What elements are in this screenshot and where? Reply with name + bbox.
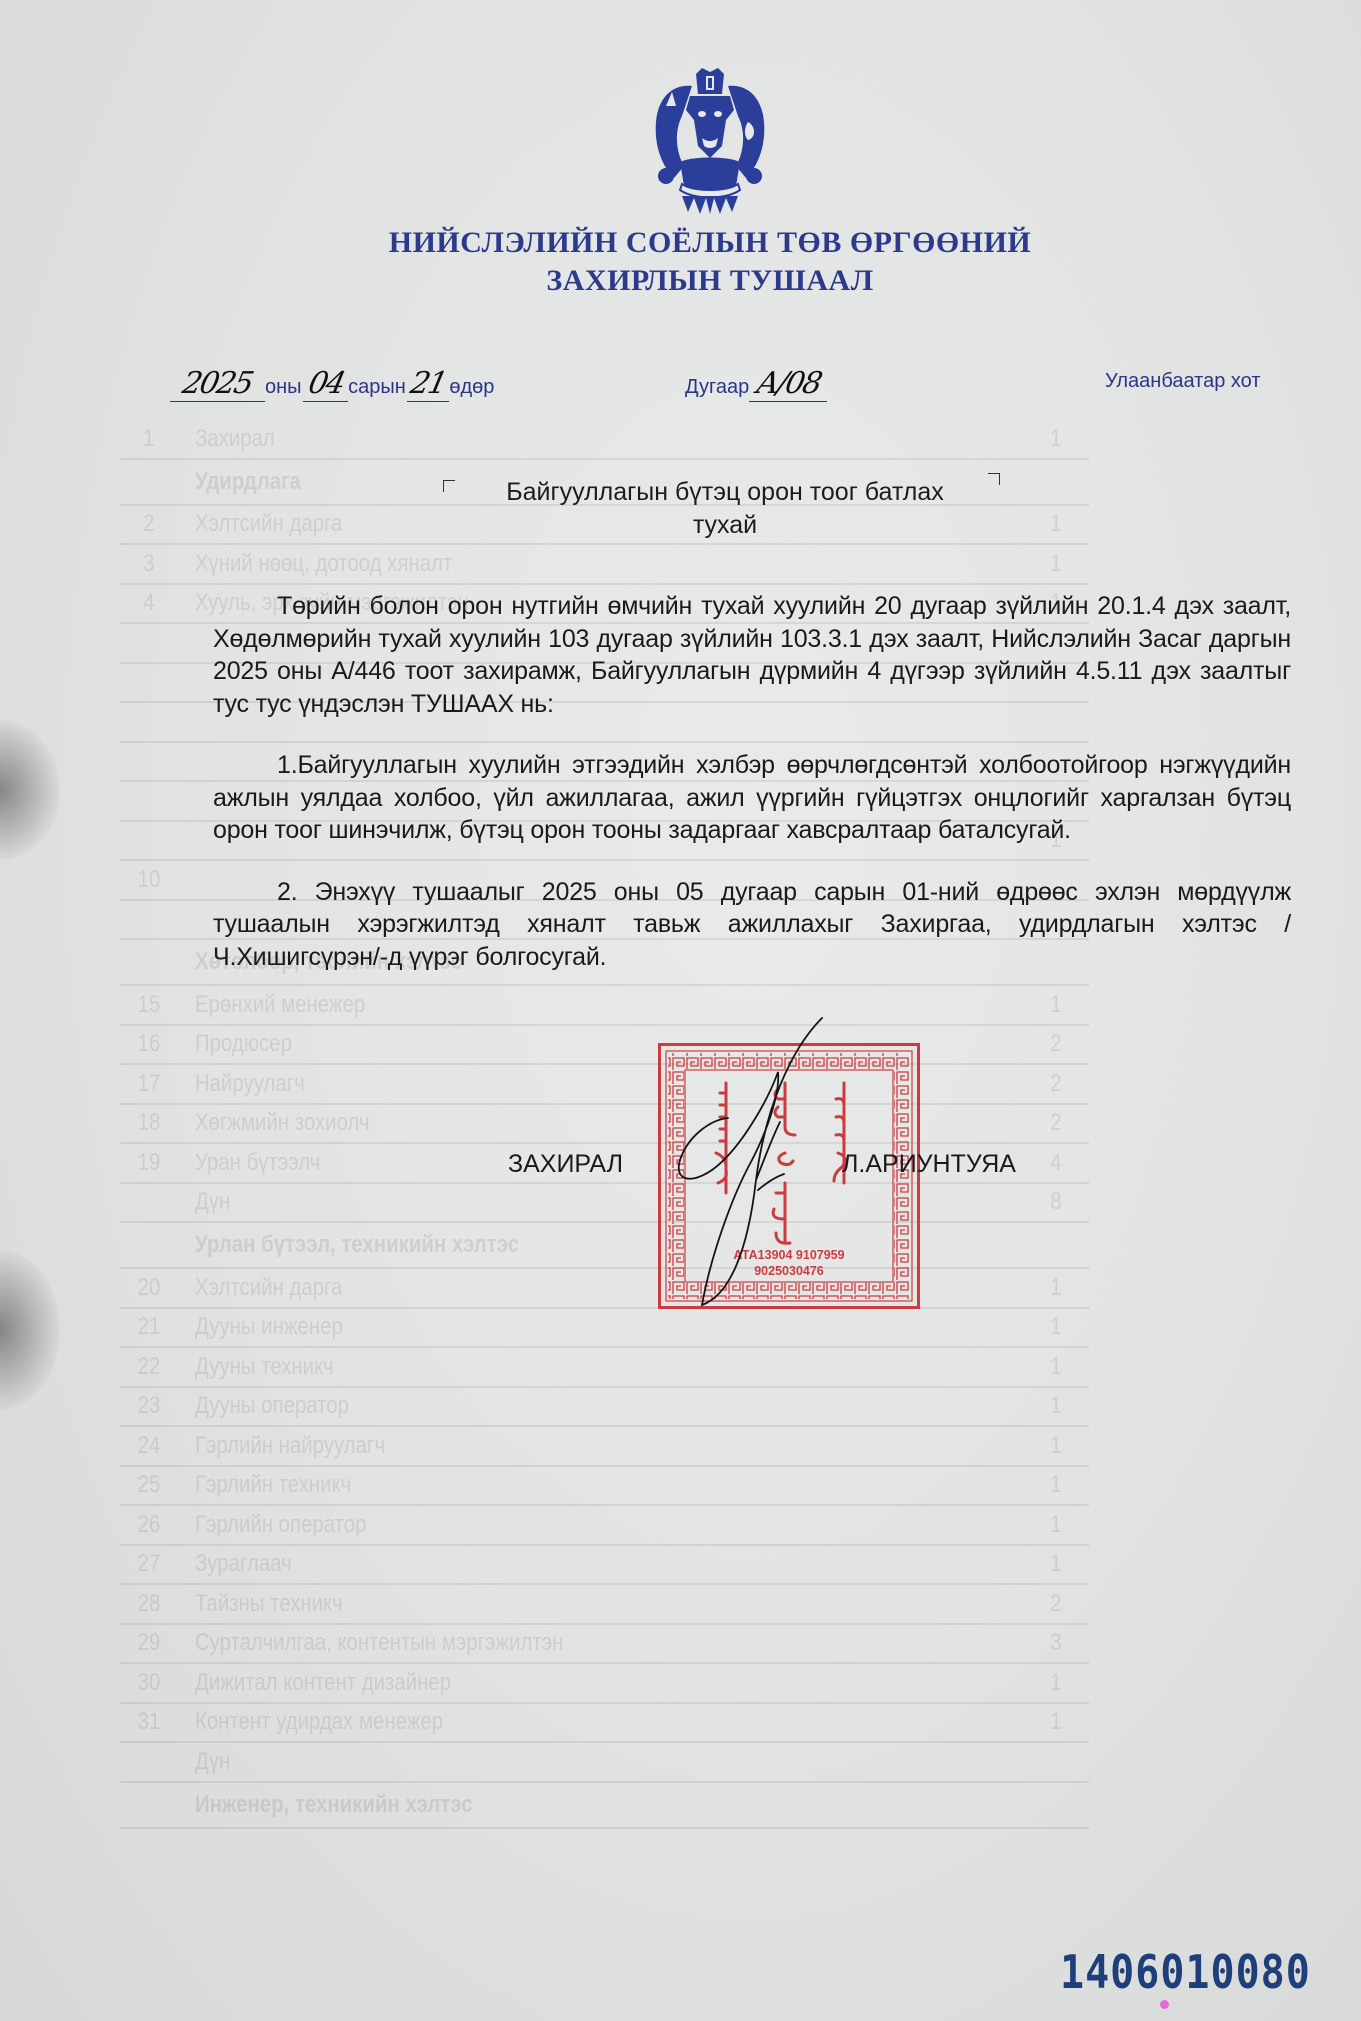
day-field: 21 xyxy=(407,366,449,402)
bleed-through-row: 31Контент удирдах менежер1 xyxy=(120,1704,1089,1744)
city-label: Улаанбаатар хот xyxy=(1105,370,1261,410)
year-field: 2025 xyxy=(170,366,265,402)
year-suffix: оны xyxy=(265,376,302,398)
bleed-through-row: 16Продюсер2 xyxy=(120,1026,1089,1066)
finger-shadow xyxy=(0,1250,60,1410)
bleed-through-row: 20Хэлтсийн дарга1 xyxy=(120,1269,1089,1309)
organization-title-line-2: ЗАХИРЛЫН ТУШААЛ xyxy=(0,264,1361,298)
bleed-through-row: 3Хүний нөөц, дотоод хяналт1 xyxy=(120,545,1089,585)
bleed-through-row: 18Хөгжмийн зохиолч2 xyxy=(120,1105,1089,1145)
number-label: Дугаар xyxy=(685,376,749,398)
bleed-through-row: 26Гэрлийн оператор1 xyxy=(120,1506,1089,1546)
bleed-through-row: 1Захирал1 xyxy=(120,420,1089,460)
preamble-paragraph: Төрийн болон орон нутгийн өмчийн тухай х… xyxy=(213,590,1291,720)
date-line: 2025оны 04сарын 21өдөр xyxy=(170,366,494,406)
subject-line-2: тухай xyxy=(420,509,1030,542)
bleed-through-row: 23Дууны оператор1 xyxy=(120,1388,1089,1428)
month-suffix: сарын xyxy=(348,376,406,398)
bleed-through-row: 30Дижитал контент дизайнер1 xyxy=(120,1664,1089,1704)
bleed-through-row: 21Дууны инженер1 xyxy=(120,1309,1089,1349)
pink-dot-mark xyxy=(1160,2000,1169,2009)
order-body: Төрийн болон орон нутгийн өмчийн тухай х… xyxy=(213,590,1291,973)
month-field: 04 xyxy=(303,366,348,402)
bleed-through-row: 27Зураглаач1 xyxy=(120,1546,1089,1586)
bleed-through-row: Урлан бүтээл, техникийн хэлтэс xyxy=(120,1223,1089,1269)
order-item-2: 2. Энэхүү тушаалыг 2025 оны 05 дугаар са… xyxy=(213,876,1291,974)
mongolia-state-emblem-icon xyxy=(652,66,768,216)
bleed-through-row: 28Тайзны техникч2 xyxy=(120,1585,1089,1625)
order-item-1: 1.Байгууллагын хуулийн этгээдийн хэлбэр … xyxy=(213,749,1291,847)
organization-title-line-1: НИЙСЛЭЛИЙН СОЁЛЫН ТӨВ ӨРГӨӨНИЙ xyxy=(0,226,1361,260)
number-field: А/08 xyxy=(749,366,827,402)
subject-line-1: Байгууллагын бүтэц орон тоог батлах xyxy=(420,476,1030,509)
bleed-through-row: 15Ерөнхий менежер1 xyxy=(120,986,1089,1026)
finger-shadow xyxy=(0,720,60,860)
bleed-through-row: 25Гэрлийн техникч1 xyxy=(120,1467,1089,1507)
handwritten-signature xyxy=(660,1010,840,1320)
bleed-through-row: Дүн8 xyxy=(120,1184,1089,1224)
bleed-through-row: Инженер, техникийн хэлтэс xyxy=(120,1783,1089,1829)
day-suffix: өдөр xyxy=(449,376,494,398)
signatory-name: Л.АРИУНТУЯА xyxy=(842,1150,1016,1179)
serial-number: 1406010080 xyxy=(1060,1947,1311,2000)
bleed-through-row: 24Гэрлийн найруулагч1 xyxy=(120,1427,1089,1467)
bleed-through-row: 22Дууны техникч1 xyxy=(120,1348,1089,1388)
bleed-through-row: Дүн xyxy=(120,1743,1089,1783)
order-number: ДугаарА/08 xyxy=(685,366,827,406)
signatory-title: ЗАХИРАЛ xyxy=(508,1150,623,1179)
bleed-through-row: 17Найруулагч2 xyxy=(120,1065,1089,1105)
subject-title: Байгууллагын бүтэц орон тоог батлах туха… xyxy=(420,476,1030,542)
bleed-through-row: 29Сурталчилгаа, контентын мэргэжилтэн3 xyxy=(120,1625,1089,1665)
